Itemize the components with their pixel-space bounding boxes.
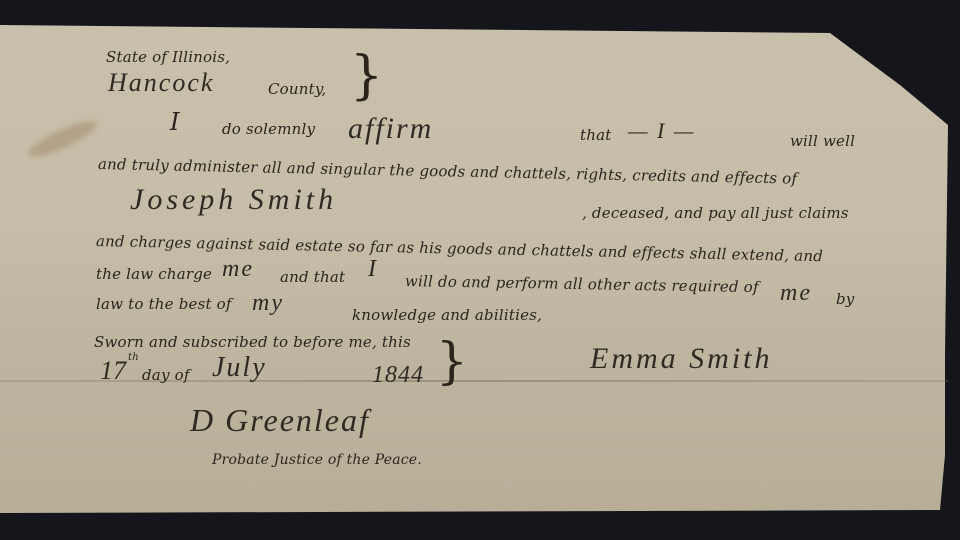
text-will-well: will well [790,132,855,150]
affiant-pronoun-handwritten: — I — [628,118,695,144]
text-best-of: law to the best of [96,295,232,313]
text-day-of: day of [142,366,190,384]
fill-me-2-handwritten: me [780,280,812,307]
jurat-day-suffix: th [128,352,139,363]
fill-me-1-handwritten: me [222,256,254,283]
deceased-name-handwritten: Joseph Smith [130,183,337,217]
oath-type-handwritten: affirm [348,112,433,146]
text-that: that [580,126,611,144]
text-by: by [836,290,854,308]
brace-jurat: } [436,332,468,390]
county-label: County, [268,80,327,98]
brace-header: } [350,46,383,106]
text-and-that: and that [280,268,345,286]
official-signature: D Greenleaf [190,402,370,439]
text-deceased-claims: , deceased, and pay all just claims [582,204,849,222]
pronoun-i: I [170,108,180,136]
text-do-solemnly: do solemnly [222,120,315,138]
fill-i-handwritten: I [368,256,378,283]
state-label: State of Illinois, [106,48,230,66]
official-title: Probate Justice of the Peace. [212,452,422,468]
jurat-year-handwritten: 1844 [372,362,424,389]
affiant-signature: Emma Smith [590,342,773,376]
jurat-day-handwritten: 17 [100,356,126,386]
text-sworn-subscribed: Sworn and subscribed to before me, this [94,333,411,351]
text-knowledge-abilities: knowledge and abilities, [352,306,542,324]
text-law-charge: the law charge [96,265,212,283]
county-name-handwritten: Hancock [108,68,214,98]
jurat-month-handwritten: July [212,352,267,384]
fill-my-handwritten: my [252,290,284,317]
